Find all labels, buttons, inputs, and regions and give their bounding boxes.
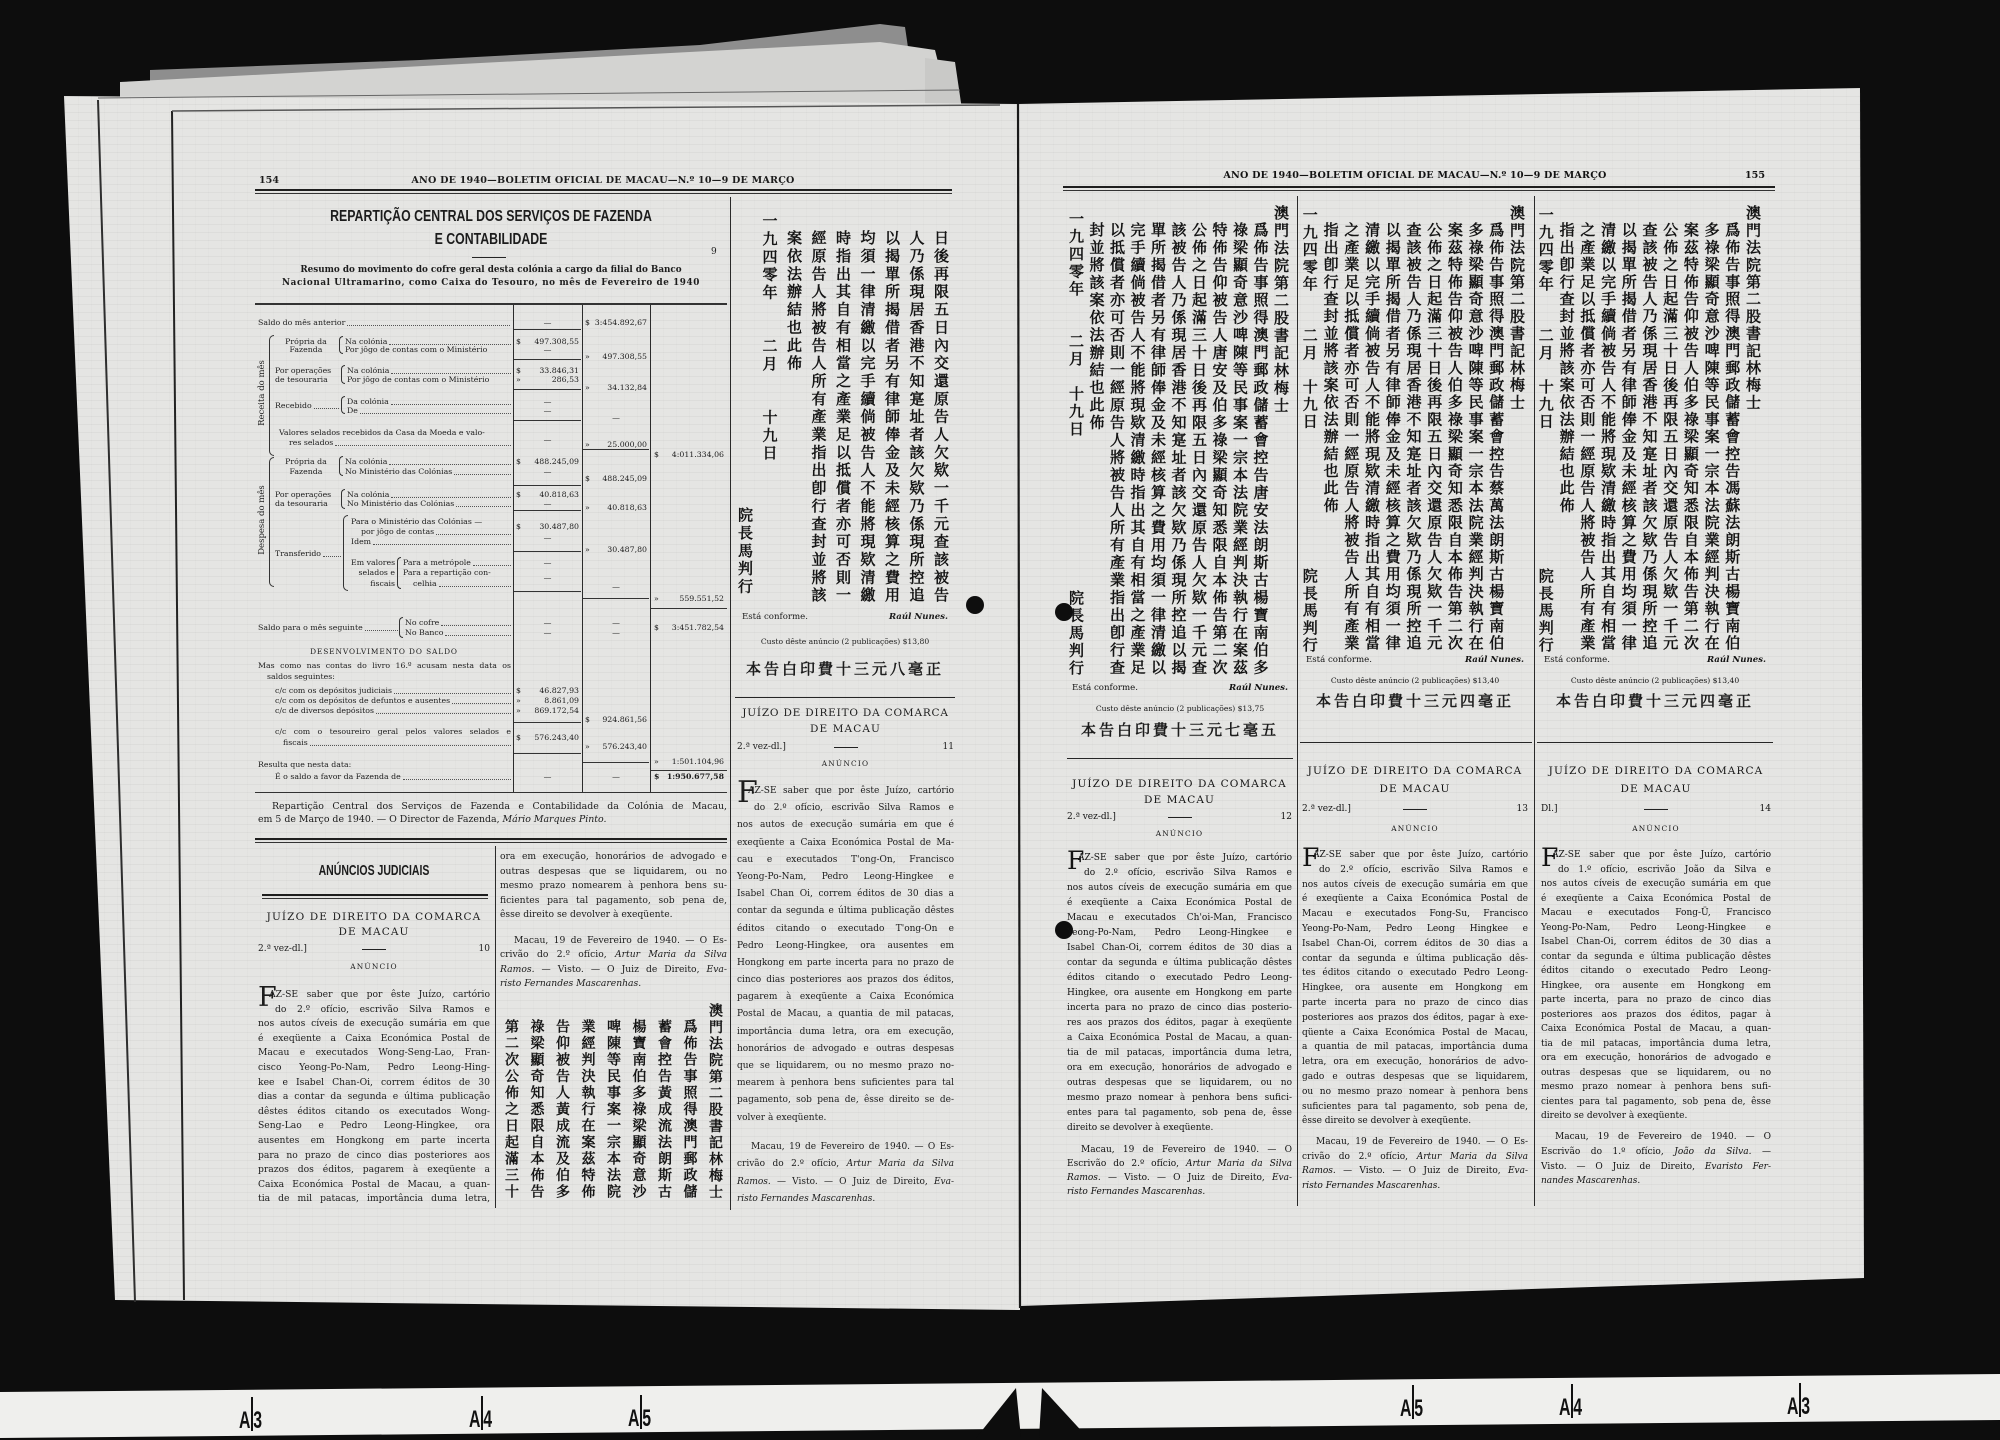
chinese-text-column: 澳門法院第二股書記林梅士 [1742,205,1763,665]
text-line: éditos citando o executado Pedro Leong- [1067,971,1292,986]
text-line: do 1.º ofício, escrivão João da Silva e [1541,863,1771,878]
notice-body-continued: ora em execução, honorários de advogado … [500,850,727,923]
text-line: tia de mil patacas, importância duma let… [1067,1046,1292,1061]
label-text: Para a metrópole [403,558,471,568]
sum-rule [514,551,581,552]
notice-cost-chinese: 本告白印費十三元八毫正 [735,660,955,678]
chinese-text-column: 蓄會控告黃成流法朗斯古 [651,1003,677,1208]
table-top-rule [255,303,727,305]
text-line: mesmo prazo nomearem à penhora bens su- [500,879,727,894]
label-text: fiscais [283,738,308,748]
text-line: Macau e executados Wong-Seng-Lao, Fran- [258,1046,490,1061]
chinese-text-column: 之產業足以抵償者亦可否則一經原告人將被告人所有產業 [1577,205,1598,665]
text-line: posteriores aos prazos dos éditos, pagar… [1541,1008,1771,1023]
text-line: Escrivão do 1.º ofício, João da Silva. — [1541,1145,1771,1160]
chinese-text-column: 爲佈告事照得澳門郵政儲蓄會控告馮蘇法朗斯古楊寶南伯 [1722,205,1743,665]
separator-rule [362,949,386,950]
chinese-text-column: 完手續倘被告人不能將現欵清繳時指出其自有相當之產業足 [1127,205,1148,685]
text-line: crivão do 2.º ofício, Artur Maria da Sil… [1302,1150,1528,1165]
table-row-label: c/c com o tesoureiro geral pelos valores… [275,727,511,737]
text-line: ora em execução, honorários de advogado … [1067,1061,1292,1076]
row-group-label: da tesouraria [275,499,339,509]
chinese-text-column: 查該被告人乃係現居香港不知寔址者該欠欵乃係現所控追 [1403,205,1424,665]
fazenda-closing-paragraph: Repartição Central dos Serviços de Fazen… [258,800,727,826]
edition-note: 2.ª vez-dl.] [258,943,362,955]
text-line: risto Fernandes Mascarenhas. [500,977,727,991]
film-frame-marker: A4 [466,1396,495,1430]
chinese-text-column: 第二次公佈之日起滿三十 [498,1003,524,1208]
text-line: Escrivão do 2.º ofício, Artur Maria da S… [1067,1157,1292,1171]
text-line: prazos dos éditos, pagarem à exeqüente a [258,1163,490,1178]
table-row-label: res selados [289,438,511,448]
label-text: c/c com os depósitos de defuntos e ausen… [275,696,450,706]
brace-icon [341,365,345,384]
label-text: Saldo para o mês seguinte [258,623,363,633]
sum-rule [583,598,649,599]
text-line: volver à exeqüente. [737,1110,954,1127]
chinese-text-column: 公佈之日起滿三十日後再限五日內交還原告人欠欵一千元 [1423,205,1444,665]
text-line: ora em execução, honorários de advogado … [1541,1051,1771,1066]
chinese-signer: 院長馬判行 [1066,590,1087,685]
row-group-label: de tesouraria [275,375,339,385]
table-row-label: Para a metrópole [403,558,511,568]
table-row-label: No Ministério das Colónias [345,467,511,477]
chinese-text-column: 指出卽行查封並將該案依法辦結也此佈 [1320,205,1341,665]
marker-letter: A [239,1411,250,1431]
label-text: No Ministério das Colónias [345,467,452,477]
table-final-balance: $ 1:950.677,58 [654,772,724,782]
dot-leader [365,623,398,631]
notice-meta-row: 2.ª vez-dl.] 13 [1302,803,1528,815]
table-row-label: Mas como nas contas do livro 16.º acusam… [258,661,511,671]
label-text: Na colónia [345,457,387,467]
text-line: para no prazo de cinco dias posteriores … [258,1149,490,1164]
text-line: risto Fernandes Mascarenhas. [737,1191,954,1208]
text-line: honorários de advogado e outras despesas [737,1041,954,1058]
text-line: pagarem à exeqüente a Caixa Económica [737,989,954,1006]
label-text: celhia [413,579,437,589]
table-cell: — [516,772,579,782]
text-line: contar da segunda e última publicação dê… [1302,952,1528,967]
text-line: tia de mil patacas, importância duma let… [1541,1037,1771,1052]
text-line: outras despesas que se liquidarem, ou no [500,865,727,880]
chinese-text-column: 公佈之日起滿三十日後再限五日內交還原告人欠欵一千元查 [1189,205,1210,685]
notice-cost: Custo dêste anúncio (2 publicações) $13,… [735,637,955,647]
table-row-label: Saldo para o mês seguinte [258,623,398,633]
text-line: em 5 de Março de 1940. — O Director de F… [258,813,727,826]
court-heading: JUÍZO DE DIREITO DA COMARCA [737,707,954,720]
text-line: Yeong-Po-Nam, Pedro Leong-Hingkee e [1541,921,1771,936]
label-text: No Banco [405,628,443,638]
table-column-rule [582,305,583,792]
court-heading: JUÍZO DE DIREITO DA COMARCA [258,911,490,924]
text-line: nos autos cíveis de execução sumária em … [1302,878,1528,893]
dot-leader [347,318,510,326]
dot-leader [391,366,511,374]
table-cell: » 25.000,00 [585,440,647,450]
table-row-label: Valores selados recebidos da Casa da Moe… [279,428,511,438]
label-text: No cofre [405,618,439,628]
text-line: ora em execução, honorários de advogado … [500,850,727,865]
chinese-text-column: 單所揭借者另有律師俸金及未經核算之費用均須一律清繳以 [1148,205,1169,685]
label-text: c/c de diversos depósitos [275,706,374,716]
table-summary: Resumo do movimento do cofre geral desta… [255,265,727,276]
chinese-date: 一九四零年 二月 十九日 [1066,211,1087,441]
chinese-notice-text: 日後再限五日內交還原告人欠欵一千元查該被告人乃係現居香港不知寔址者該欠欵乃係現所… [782,230,954,610]
treasury-movement-table: Saldo do mês anterior — $ 3:454.892,67 R… [255,300,727,795]
chinese-notice-text: 澳門法院第二股書記林梅士爲佈告事照得澳門郵政儲蓄會控告蔡萬法朗斯古楊寶南伯多祿梁… [1320,205,1527,665]
table-cell: » 8.861,09 [516,696,579,706]
separator-rule [1403,809,1427,810]
court-heading: DE MACAU [258,926,490,939]
dot-leader [376,706,511,714]
text-line: Isabel Chan-Oi, correm éditos de 30 dias… [1541,935,1771,950]
dot-leader [391,490,511,498]
chinese-signer: 院長馬判行 [733,507,758,602]
notice-separator [1300,742,1532,743]
label-text: No Ministério das Colónias [347,499,454,509]
brace-icon [269,335,274,456]
text-line: direito se devolver à exeqüente. [1067,1121,1292,1136]
column-divider [730,197,731,1210]
row-group-label: Recebido [275,401,339,411]
chinese-text-column: 澳門法院第二股書記林梅士 [702,1003,728,1208]
text-line: êsse direito se devolver à exeqüente. [500,908,727,923]
notice-number: 13 [1427,803,1528,815]
text-line: res aos prazos dos éditos, pagar à exeqü… [1067,1016,1292,1031]
notice-meta-row: Dl.] 14 [1541,803,1771,815]
dot-leader [394,686,511,694]
chinese-text-column: 均須一律清繳以完手續倘被告人不能將現欵清繳 [855,230,880,610]
chinese-text-column: 案依法辦結也此佈 [782,230,807,610]
table-cell: » 34.132,84 [585,383,647,393]
text-line: pagamento, sob pena de, êsse direito se … [737,1092,954,1109]
page-number: 154 [259,175,279,186]
chinese-date: 一九四零年 二月 十九日 [757,213,782,473]
page-number: 155 [1745,170,1765,181]
table-cell: — [516,618,579,628]
text-line: Caixa Económica Postal de Macau, a quan- [258,1178,490,1193]
row-group-label: Transferido [275,549,341,559]
chinese-text-column: 案茲特佈告仰被告人伯多祿梁顯奇知悉限自本佈告第二次 [1680,205,1701,665]
subcolumn-divider [495,846,496,1208]
text-line: Hongkong em parte incerta para no prazo … [737,955,954,972]
text-line: contar da segunda e última publicação dê… [737,903,954,920]
court-heading: DE MACAU [1541,783,1771,796]
row-group-label: selados e [351,568,395,578]
text-line: éditos citando o executado T'ong-On e [737,921,954,938]
dot-leader [314,401,339,409]
text-line: Ramos. — Visto. — O Juiz de Direito, Eva… [500,963,727,977]
chinese-text-column: 查該被告人乃係現居香港不知寔址者該欠欵乃係現所控追 [1639,205,1660,665]
text-line: mesmo prazo nomear à penhora bens sufici… [1067,1091,1292,1106]
dot-leader [452,696,511,704]
sum-rule [514,359,581,360]
marker-letter: A [1787,1397,1798,1417]
text-line: do 2.º ofício, escrivão Silva Ramos e [258,1003,490,1018]
text-line: risto Fernandes Mascarenhas. [1302,1179,1528,1194]
text-line: Macau, 19 de Fevereiro de 1940. — O Es- [1302,1135,1528,1150]
text-line: Macau, 19 de Fevereiro de 1940. — O Es- [500,934,727,948]
text-line: ou no mesmo prazo nomear à penhora bens [1302,1085,1528,1100]
text-line: AZ-SE saber que por êste Juízo, cartório [1067,851,1292,866]
text-line: risto Fernandes Mascarenhas. [1067,1185,1292,1199]
chinese-text-column: 時指出其自有相當之產業足以抵償者亦可否則一 [831,230,856,610]
running-title: ANO DE 1940—BOLETIM OFICIAL DE MACAU—N.º… [1210,170,1620,181]
sum-rule [651,770,727,771]
text-line: Visto. — O Juiz de Direito, Evaristo Fer… [1541,1160,1771,1175]
table-row-label: c/c com os depósitos judiciais [275,686,511,696]
brace-icon [269,457,274,587]
edition-note: 2.ª vez-dl.] [737,741,834,753]
notice-meta-row: 2.ª vez-dl.] 12 [1067,811,1292,823]
notice-kind: ANÚNCIO [1541,824,1771,834]
section-title: REPARTIÇÃO CENTRAL DOS SERVIÇOS DE FAZEN… [309,208,672,226]
label-text: Idem [351,537,371,547]
dot-leader [441,618,511,626]
text-line: cau e executados T'ong-On, Francisco [737,852,954,869]
marker-number: 5 [643,1409,652,1429]
text-line: Ramos. — Visto. — O Juiz de Direito, Eva… [737,1174,954,1191]
table-cell: » 286,53 [516,375,579,385]
sum-rule [514,329,581,330]
court-heading: DE MACAU [737,723,954,736]
table-cell: » 576.243,40 [585,742,647,752]
dot-leader [456,499,511,507]
dot-leader [389,337,511,345]
dot-leader [360,406,511,414]
text-line: cientes para tal pagamento, sob pena de,… [1541,1095,1771,1110]
chinese-text-column: 業經判決執行在案茲特佈 [574,1003,600,1208]
text-line: a Caixa Económica Postal de Macau, a qua… [1067,1031,1292,1046]
notice-cost-chinese: 本告白印費十三元四毫正 [1302,692,1528,710]
separator-rule [1644,809,1668,810]
notice-body: AZ-SE saber que por êste Juízo, cartório… [1067,851,1292,1136]
table-cell: — [585,628,647,638]
chinese-text-column: 祿梁顯奇意沙啤陳等民事案一宗本法院業經判決執行在案茲 [1230,205,1251,685]
signatory-name: Raúl Nunes. [1229,683,1288,693]
dot-leader [473,558,511,566]
running-title: ANO DE 1940—BOLETIM OFICIAL DE MACAU—N.º… [398,175,808,186]
text-line: êsse direito se devolver à exeqüente. [1302,1114,1528,1129]
marker-letter: A [1400,1399,1411,1419]
label-text: c/c com os depósitos judiciais [275,686,392,696]
chinese-text-column: 之產業足以抵償者亦可否則一經原告人將被告人所有產業 [1341,205,1362,665]
text-line: nos autos cíveis de execução sumária em … [1541,877,1771,892]
notice-body: AZ-SE saber que por êste Juízo, cartório… [1302,848,1528,1129]
table-row-label: Para o Ministério das Colónias — [351,517,511,527]
table-row-label: Por jôgo de contas com o Ministério [347,375,511,385]
chinese-text-column: 告仰被告人黃成流及伯多 [549,1003,575,1208]
table-row-label: Por jôgo de contas com o Ministério [345,345,511,355]
notice-signature: Macau, 19 de Fevereiro de 1940. — OEscri… [1541,1130,1771,1189]
table-row-label: celhia [413,579,511,589]
edition-note: Dl.] [1541,803,1644,815]
header-double-rule [255,189,952,194]
notice-meta-row: 2.ª vez-dl.] 10 [258,943,490,955]
text-line: outras despesas que se liquidarem, ou no [1541,1066,1771,1081]
table-summary: Nacional Ultramarino, como Caixa do Teso… [255,278,727,289]
punch-hole-artifact [966,596,984,614]
court-heading: DE MACAU [1067,794,1292,807]
notice-kind: ANÚNCIO [1067,829,1292,839]
text-line: Caixa Económica Postal de Macau, a quan- [1541,1022,1771,1037]
table-cell: — [516,345,579,355]
notice-cost-chinese: 本告白印費十三元四毫正 [1540,692,1770,710]
conformity-text: Está conforme. [1544,655,1610,665]
notice-body: AZ-SE saber que por êste Juízo, cartório… [737,783,954,1127]
dot-leader [454,467,511,475]
text-line: contar da segunda e última publicação dê… [1541,950,1771,965]
table-row-label: por jôgo de contas [361,527,511,537]
text-line: Macau e executados Fong-Su, Francisco [1302,907,1528,922]
text-line: nos autos cíveis de execução sumária em … [1067,881,1292,896]
chinese-text-column: 以揭單所揭借者另有律師俸金及未經核算之費用 [880,230,905,610]
table-cell: — [585,413,647,423]
marker-number: 3 [1802,1397,1811,1417]
text-line: ficientes para tal pagamento, sob pena d… [500,894,727,909]
text-line: crivão do 2.º ofício, Artur Maria da Sil… [500,948,727,962]
table-total-cell: $ 4:011.334,06 [654,450,724,460]
text-line: outras despesas que se liquidarem, ou no [1067,1076,1292,1091]
page-top-line [172,105,1000,111]
table-cell: » 497.308,55 [585,352,647,362]
chinese-signer: 院長馬判行 [1299,568,1320,658]
notice-meta-row: 2.ª vez-dl.] 11 [737,741,954,753]
text-line: Ramos. — Visto. — O Juiz de Direito, Eva… [1067,1171,1292,1185]
column-divider [1297,196,1298,1206]
conformity-line: Está conforme. Raúl Nunes. [1544,655,1766,665]
table-cell: » 869.172,54 [516,706,579,716]
text-line: AZ-SE saber que por êste Juízo, cartório [1302,848,1528,863]
sum-rule [651,608,727,609]
marker-number: 4 [484,1410,493,1430]
table-cell: $ 488.245,09 [585,474,647,484]
text-line: Ramos. — Visto. — O Juiz de Direito, Eva… [1302,1164,1528,1179]
table-row-label: No Banco [405,628,511,638]
chinese-text-column: 人乃係現居香港不知寔址者該欠欵乃係現所控追 [904,230,929,610]
label-text: Por jôgo de contas com o Ministério [345,345,487,355]
table-cell: — [516,406,579,416]
text-line: Macau, 19 de Fevereiro de 1940. — O [1541,1130,1771,1145]
table-column-rule [650,305,651,792]
notice-number: 12 [1192,811,1293,823]
table-row-label: Saldo do mês anterior [258,318,510,328]
text-line: Yeong-Po-Nam, Pedro Leong Hingkee e [1302,922,1528,937]
table-cell: — [585,772,647,782]
chinese-notice-text: 澳門法院第二股書記林梅士爲佈告事照得澳門郵政儲蓄會控告黃成流法朗斯古楊寶南伯多祿… [498,1003,728,1208]
notice-kind: ANÚNCIO [1302,824,1528,834]
sum-rule [514,420,581,421]
title-short-rule [472,257,506,258]
brace-icon [343,515,348,591]
text-line: qüente a Caixa Económica Postal de Macau… [1302,1026,1528,1041]
microfilm-frame: 154 ANO DE 1940—BOLETIM OFICIAL DE MACAU… [0,0,2000,1440]
text-line: gado e outras despesas que se liquidarem… [1302,1070,1528,1085]
table-row-label: Para a repartição con- [403,568,511,578]
text-line: Yeong-Po-Nam, Pedro Leong-Hingkee e [1067,926,1292,941]
text-line: kee e Isabel Chan-Oi, correm éditos de 3… [258,1076,490,1091]
notice-separator [1537,742,1773,743]
text-line: Hingkee, ora ausente em Hongkong em [1541,979,1771,994]
text-line: nos autos cíveis de execução sumária em … [258,1017,490,1032]
table-cell: — [516,573,579,583]
chinese-text-column: 該被告人乃係現居香港不知寔址者該欠欵乃係現所控追以揭 [1168,205,1189,685]
conformity-text: Está conforme. [1306,655,1372,665]
notice-signature: Macau, 19 de Fevereiro de 1940. — O Es-c… [500,934,727,991]
notice-separator [1067,758,1293,759]
notice-kind: ANÚNCIO [737,759,954,769]
text-line: entes para tal pagamento, sob pena de, ê… [1067,1106,1292,1121]
sum-rule [514,753,581,754]
signatory-name: Raúl Nunes. [1465,655,1524,665]
edition-note: 2.ª vez-dl.] [1302,803,1403,815]
label-text: De [347,406,358,416]
text-line: incerta para no prazo de cinco dias post… [1067,1001,1292,1016]
text-line: Postal de Macau, a quantia de mil pataca… [737,1006,954,1023]
chinese-text-column: 封並將該案依法辦結也此佈 [1086,205,1107,685]
separator-rule [834,747,858,748]
edition-note: 2.ª vez-dl.] [1067,811,1168,823]
conformity-line: Está conforme. Raúl Nunes. [742,612,948,622]
text-line: cisco Yeong-Po-Nam, Pedro Leong-Hing- [258,1061,490,1076]
table-row-label: c/c de diversos depósitos [275,706,511,716]
sum-rule [514,485,581,486]
table-cell: $ 3:454.892,67 [585,318,647,328]
text-line: é exeqüente a Caixa Económica Postal de [1541,892,1771,907]
section-title-judicial: ANÚNCIOS JUDICIAIS [293,862,455,880]
table-cell: » 30.487,80 [585,545,647,555]
table-cell: — [516,558,579,568]
text-line: suficientes para tal pagamento, sob pena… [1302,1100,1528,1115]
film-frame-marker: A4 [1556,1384,1585,1418]
dot-leader [439,579,511,587]
notice-number: 11 [858,741,955,753]
text-line: é exeqüente a Caixa Económica Postal de [1302,892,1528,907]
text-line: Macau e executados Fong-Ü, Francisco [1541,906,1771,921]
marker-number: 3 [254,1411,263,1431]
text-line: importância duma letra, ora em execução, [737,1024,954,1041]
dot-leader [391,397,511,405]
chinese-text-column: 經原告人將被告人所有產業指出卽行查封並將該 [806,230,831,610]
text-line: é exeqüente a Caixa Económica Postal de [1067,896,1292,911]
table-total-cell: $ 3:451.782,54 [654,623,724,633]
dot-leader [403,772,511,780]
text-line: AZ-SE saber que por êste Juízo, cartório [1541,848,1771,863]
text-line: mesmo prazo nomear à penhora bens sufi- [1541,1080,1771,1095]
marker-letter: A [1559,1398,1570,1418]
row-group-label: Própria da [275,457,337,467]
text-line: Isabel Chan Oi, correm éditos de 30 dias… [737,886,954,903]
text-line: Isabel Chan-Oi, correm éditos de 30 dias… [1302,937,1528,952]
text-line: Yeong-Po-Nam, Pedro Leong-Hingkee e [737,869,954,886]
chinese-signer: 院長馬判行 [1535,568,1556,658]
brace-icon [341,489,345,509]
chinese-text-column: 多祿梁顯奇意沙啤陳等民事案一宗本法院業經判決執行在 [1465,205,1486,665]
table-cell: $ 488.245,09 [516,457,579,467]
text-line: é exeqüente a Caixa Económica Postal de [258,1032,490,1047]
text-line: Seng-Lao e Pedro Leong-Hingkee, ora [258,1119,490,1134]
table-row-label: fiscais [283,738,511,748]
text-line: do 2.º ofício, escrivão Silva Ramos e [1302,863,1528,878]
notice-signature: Macau, 19 de Fevereiro de 1940. — O Es-c… [737,1139,954,1208]
text-line: cinco dias posteriores aos prazos dos éd… [737,972,954,989]
film-frame-marker: A5 [625,1395,654,1429]
chinese-text-column: 楊寶南伯多祿梁顯奇意沙 [625,1003,651,1208]
table-cell: — [516,533,579,543]
table-row-label: Resulta que nesta data: [258,760,458,770]
chinese-notice-text: 澳門法院第二股書記林梅士爲佈告事照得澳門郵政儲蓄會控告馮蘇法朗斯古楊寶南伯多祿梁… [1556,205,1763,665]
